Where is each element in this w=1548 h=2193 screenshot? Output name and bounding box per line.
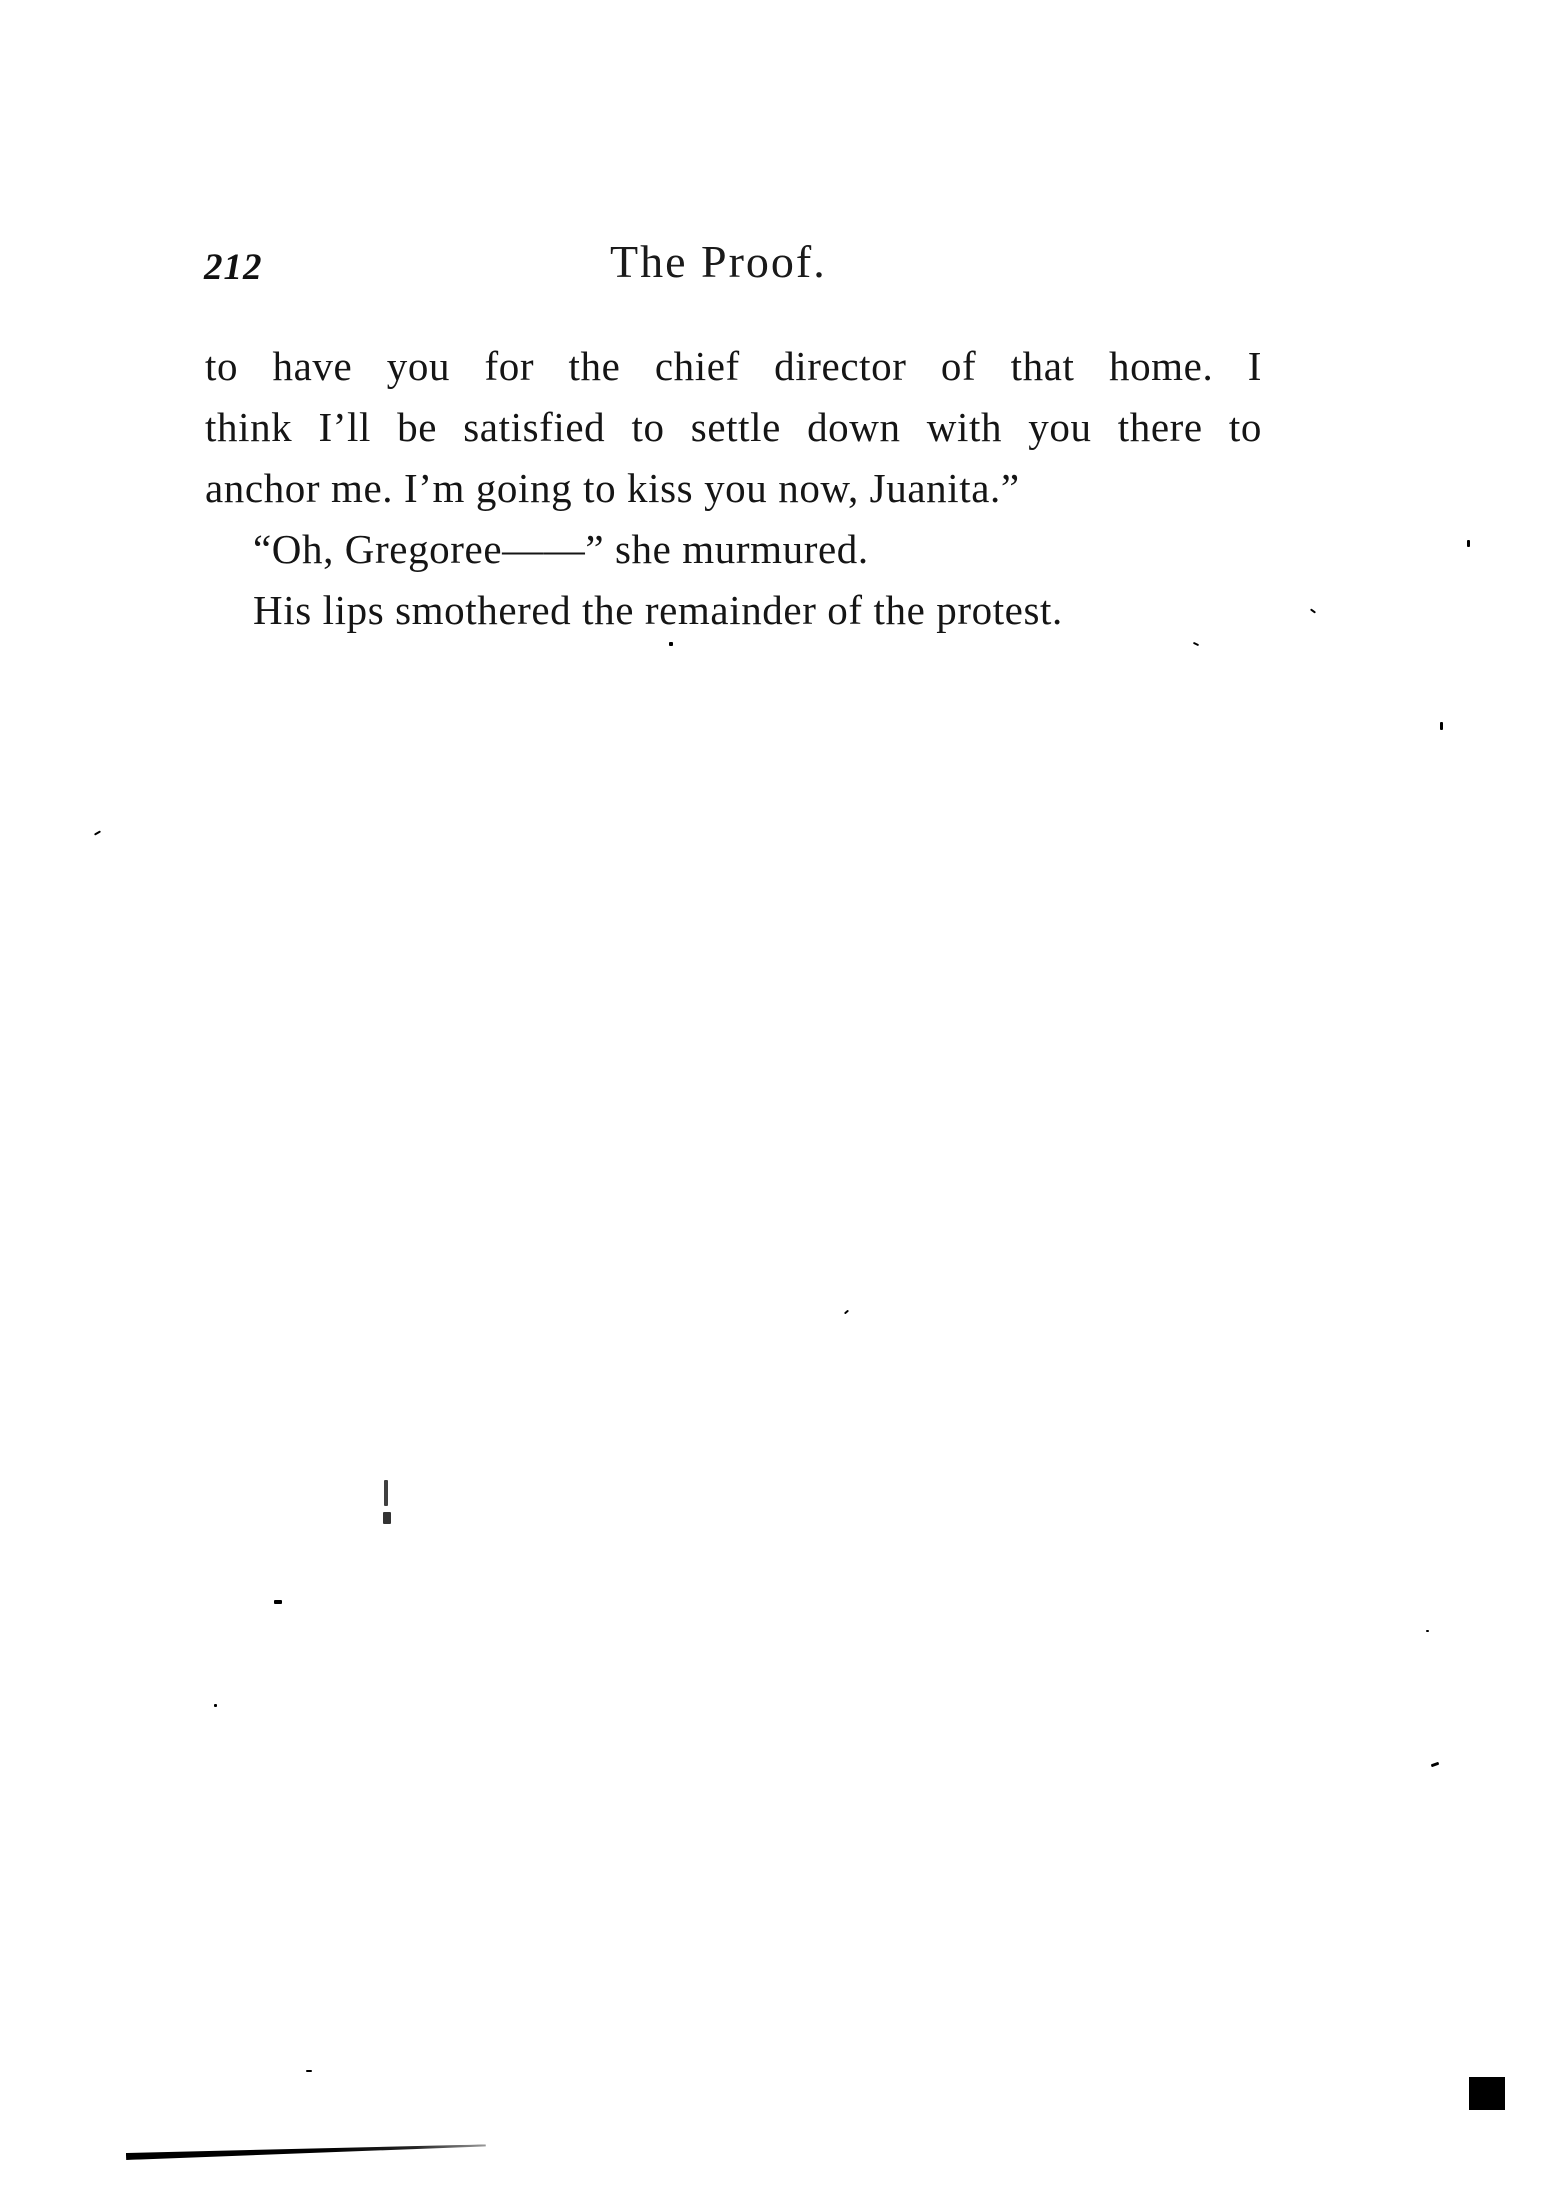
scan-speck — [383, 1512, 391, 1524]
scan-speck — [1467, 540, 1470, 547]
body-text: to have you for the chief director of th… — [205, 336, 1262, 641]
bottom-rule — [126, 2144, 486, 2160]
scan-speck — [214, 1704, 217, 1707]
scan-speck — [1193, 642, 1199, 646]
text-line-4: “Oh, Gregoree——” she murmured. — [205, 519, 1262, 580]
scan-speck — [274, 1600, 282, 1604]
scan-speck — [1426, 1630, 1429, 1632]
scan-speck — [94, 830, 101, 835]
scan-speck — [1431, 1762, 1440, 1768]
running-title: The Proof. — [610, 236, 827, 288]
scan-speck — [844, 1310, 849, 1315]
text-line-5: His lips smothered the remainder of the … — [205, 580, 1262, 641]
corner-registration-mark — [1469, 2077, 1505, 2110]
scan-speck — [669, 642, 673, 646]
scan-speck — [1310, 608, 1316, 613]
scan-speck — [384, 1480, 388, 1506]
scan-speck — [306, 2070, 312, 2072]
running-head: 212 The Proof. — [204, 236, 1262, 296]
scan-speck — [1440, 722, 1443, 730]
text-line-3: anchor me. I’m going to kiss you now, Ju… — [205, 458, 1262, 519]
page-number: 212 — [204, 246, 263, 290]
book-page: 212 The Proof. to have you for the chief… — [0, 0, 1548, 2193]
text-line-2: think I’ll be satisfied to settle down w… — [205, 397, 1262, 458]
text-line-1: to have you for the chief director of th… — [205, 336, 1262, 397]
